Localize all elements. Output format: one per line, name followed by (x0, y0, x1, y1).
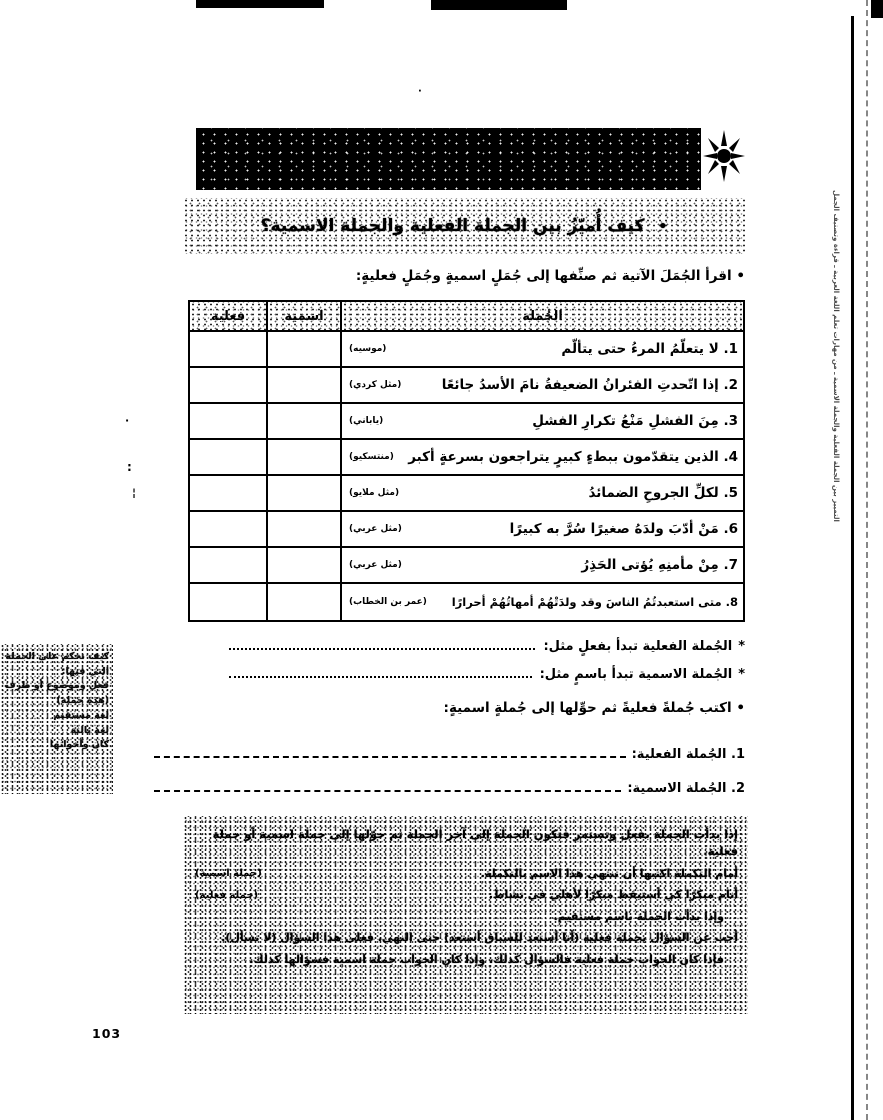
table-row: 6. مَنْ أدّبَ ولدَهُ صغيرًا سُرَّ به كبي… (189, 511, 744, 547)
table-row: 2. إذا اتّحدتِ الفئرانُ الضعيفةُ نامَ ال… (189, 367, 744, 403)
sentence-source: (مثل عربي) (347, 560, 402, 570)
answer-cell-verbal (189, 439, 267, 475)
sentence-source: (ياباني) (347, 416, 383, 426)
header-nominal: اسمية (267, 301, 341, 331)
exercise-item-label: 2. الجُملة الاسمية: (627, 781, 745, 796)
exercise-item-label: 1. الجُملة الفعلية: (632, 747, 745, 762)
sentence-text: 8. متى استعبدتُمُ الناسَ وقد ولدَتْهُمْ … (452, 595, 738, 609)
sidebar-hint-box: كيف نحكم على الجملة التي فيها: فعل وموضو… (0, 644, 113, 794)
answer-cell-verbal (189, 547, 267, 583)
table-row: 5. لكلِّ الجروحِ الضمائدُ(مثل ملايو) (189, 475, 744, 511)
sentence-text: 6. مَنْ أدّبَ ولدَهُ صغيرًا سُرَّ به كبي… (510, 521, 738, 537)
scan-artifact-top-strip (196, 0, 324, 8)
conclusion-label: الجُملة الفعلية تبدأ بفعلٍ مثل: (543, 639, 732, 654)
answer-cell-nominal (267, 331, 341, 367)
answer-cell-verbal (189, 583, 267, 621)
redacted-title-bar (196, 128, 701, 190)
scan-stray-mark: ¦ (132, 486, 136, 499)
header-sentence: الجُملة (341, 301, 744, 331)
answer-cell-nominal (267, 583, 341, 621)
sidebar-line: (هذه جملة) (2, 694, 109, 709)
lesson-title: • كيف أُميّزُ بين الجملة الفعلية والجملة… (261, 216, 668, 236)
table-row: 7. مِنْ مأمنِهِ يُؤتى الحَذِرُ(مثل عربي) (189, 547, 744, 583)
note-line: إذا بدأت الجملة بفعل وتستمر فتكون الجملة… (193, 826, 738, 861)
sidebar-line: فعل وموضوع أو ظرف (2, 679, 109, 694)
sentence-text: 7. مِنْ مأمنِهِ يُؤتى الحَذِرُ (581, 557, 738, 573)
answer-cell-verbal (189, 475, 267, 511)
sentence-source: (مثل ملايو) (347, 488, 399, 498)
table-row: 3. مِنَ الفشلِ مَنْعُ تكرارِ الفشلِ(يابا… (189, 403, 744, 439)
header-verbal: فعلية (189, 301, 267, 331)
sidebar-line: لغة ثالثة (2, 724, 109, 739)
answer-cell-verbal (189, 511, 267, 547)
conclusion-line-verbal: * الجُملة الفعلية تبدأ بفعلٍ مثل: (225, 630, 745, 654)
exercise-item-verbal: 1. الجُملة الفعلية: (150, 736, 745, 762)
exercise-item-nominal: 2. الجُملة الاسمية: (150, 770, 745, 796)
sentence-text: 3. مِنَ الفشلِ مَنْعُ تكرارِ الفشلِ (532, 413, 738, 429)
table-row: 1. لا يتعلّمُ المرءُ حتى يتألّم(موسيه) (189, 331, 744, 367)
scan-artifact-top-strip (431, 0, 567, 10)
scan-stray-mark: · (125, 414, 129, 427)
sentence-source: (موسيه) (347, 344, 386, 354)
sentence-classification-table: الجُملة اسمية فعلية 1. لا يتعلّمُ المرءُ… (188, 300, 745, 622)
sentence-source: (عمر بن الخطاب) (347, 597, 427, 607)
note-tag: (جملة فعلية) (193, 890, 258, 901)
note-line: فإذا كان الجواب جملة فعلية فالسؤال كذلك،… (249, 952, 724, 969)
sentence-text: 2. إذا اتّحدتِ الفئرانُ الضعيفةُ نامَ ال… (442, 377, 738, 393)
asterisk-bullet: * (738, 639, 745, 654)
sentence-source: (مثل كردي) (347, 380, 401, 390)
sidebar-line: كيف نحكم على الجملة (2, 650, 109, 665)
exercise-bullet: • (736, 700, 745, 716)
answer-cell-verbal (189, 403, 267, 439)
heading-bullet: • (658, 219, 667, 235)
answer-cell-nominal (267, 439, 341, 475)
note-line: أمام التكملة اكتبها أن تنتهي هذا الاسم ب… (481, 866, 738, 883)
sentence-text: 5. لكلِّ الجروحِ الضمائدُ (588, 485, 738, 501)
page-number: 103 (92, 1026, 121, 1041)
dotted-blank (229, 675, 532, 678)
sidebar-line: التي فيها: (2, 665, 109, 680)
dotted-blank (229, 647, 535, 650)
scan-artifact-corner (871, 0, 883, 18)
conclusion-label: الجُملة الاسمية تبدأ باسمٍ مثل: (540, 667, 733, 682)
sentence-source: (منتسكيو) (347, 452, 394, 462)
scanned-textbook-page: التمييز بين الجملة الفعلية والجملة الاسم… (0, 0, 883, 1120)
answer-blank (154, 789, 621, 792)
bottom-explanation-box: إذا بدأت الجملة بفعل وتستمر فتكون الجملة… (183, 816, 748, 1014)
answer-cell-verbal (189, 331, 267, 367)
page-edge-dashed-rule (866, 0, 868, 1120)
conclusion-line-nominal: * الجُملة الاسمية تبدأ باسمٍ مثل: (225, 658, 745, 682)
page-binding-rule (851, 16, 854, 1120)
lesson-heading-band: • كيف أُميّزُ بين الجملة الفعلية والجملة… (183, 198, 745, 254)
table-row: 4. الذين يتقدّمون ببطءٍ كبيرٍ يتراجعون ب… (189, 439, 744, 475)
exercise-heading: • اكتب جُملةً فعليةً ثم حوِّلها إلى جُمل… (285, 700, 745, 716)
instruction-line: • اقرأ الجُمَلَ الآتية ثم صنِّفها إلى جُ… (225, 268, 745, 284)
table-row: 8. متى استعبدتُمُ الناسَ وقد ولدَتْهُمْ … (189, 583, 744, 621)
sentence-source: (مثل عربي) (347, 524, 402, 534)
sidebar-line: لغة مستقيم (2, 709, 109, 724)
answer-cell-nominal (267, 403, 341, 439)
asterisk-bullet: * (738, 667, 745, 682)
scan-stray-mark: : (127, 460, 132, 474)
answer-cell-nominal (267, 367, 341, 403)
sidebar-line: كان وأخواتها (2, 738, 109, 753)
note-tag: (جملة اسمية) (193, 868, 262, 879)
scan-stray-mark: · (418, 86, 422, 97)
margin-vertical-text: التمييز بين الجملة الفعلية والجملة الاسم… (832, 190, 840, 780)
answer-cell-verbal (189, 367, 267, 403)
sentence-text: 4. الذين يتقدّمون ببطءٍ كبيرٍ يتراجعون ب… (408, 449, 738, 465)
note-line: أجب عن السؤال بجملة فعلية (أنا أستعد للس… (221, 930, 738, 947)
note-line: أنام مبكرًا كي أستيقظ مبكرًا لأهلي في نش… (489, 887, 738, 904)
sunburst-icon (699, 124, 749, 188)
instruction-bullet: • (736, 268, 745, 284)
answer-cell-nominal (267, 475, 341, 511)
note-line: وإذا بدأت الجملة باسم مستقيم. (554, 909, 724, 926)
table-header-row: الجُملة اسمية فعلية (189, 301, 744, 331)
sentence-text: 1. لا يتعلّمُ المرءُ حتى يتألّم (561, 341, 738, 357)
answer-blank (154, 755, 626, 758)
instruction-text: اقرأ الجُمَلَ الآتية ثم صنِّفها إلى جُمَ… (356, 268, 732, 284)
answer-cell-nominal (267, 547, 341, 583)
answer-cell-nominal (267, 511, 341, 547)
